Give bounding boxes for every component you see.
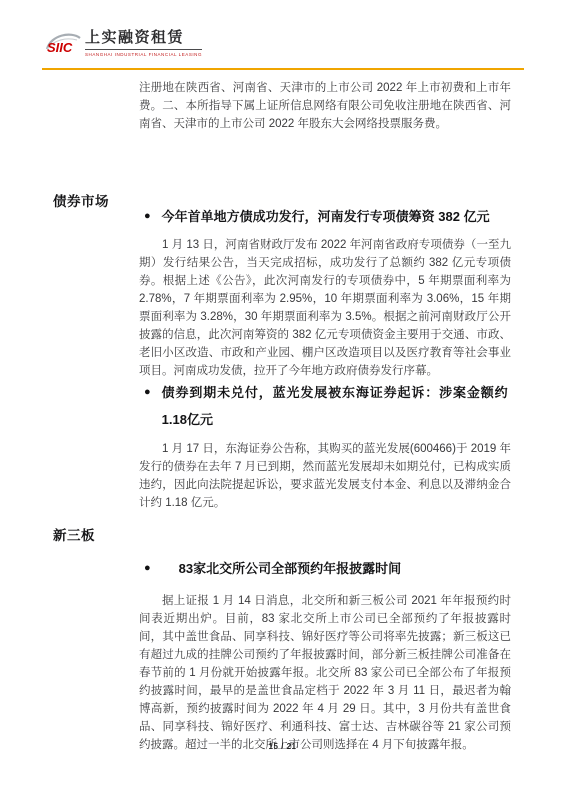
company-name-block: 上实融资租赁 SHANGHAI INDUSTRIAL FINANCIAL LEA… xyxy=(85,29,202,57)
siic-logo-text: SIIC xyxy=(47,40,73,55)
document-page: SIIC 上实融资租赁 SHANGHAI INDUSTRIAL FINANCIA… xyxy=(0,0,565,800)
company-name-zh: 上实融资租赁 xyxy=(85,29,202,50)
bullet-icon: ● xyxy=(144,203,151,230)
company-name-en: SHANGHAI INDUSTRIAL FINANCIAL LEASING xyxy=(85,52,202,57)
news-item-headline: ● 债券到期未兑付，蓝光发展被东海证券起诉：涉案金额约 1.18亿元 xyxy=(144,379,508,433)
page-number: 15 / 21 xyxy=(0,742,565,751)
news-item-body: 1 月 17 日，东海证券公告称，其购买的蓝光发展(600466)于 2019 … xyxy=(139,440,511,512)
section-heading-bond-market: 债券市场 xyxy=(53,190,109,210)
header-rule xyxy=(42,68,524,70)
intro-paragraph: 注册地在陕西省、河南省、天津市的上市公司 2022 年上市初费和上市年费。二、本… xyxy=(139,79,511,133)
headline-text: 83家北交所公司全部预约年报披露时间 xyxy=(179,555,525,582)
news-item-headline: ● 83家北交所公司全部预约年报披露时间 xyxy=(144,555,525,582)
news-item-headline: ● 今年首单地方债成功发行，河南发行专项债筹资 382 亿元 xyxy=(144,203,508,230)
section-heading-new-third-board: 新三板 xyxy=(53,524,95,544)
headline-text: 今年首单地方债成功发行，河南发行专项债筹资 382 亿元 xyxy=(162,203,508,230)
bullet-icon: ● xyxy=(144,379,151,406)
headline-text: 债券到期未兑付，蓝光发展被东海证券起诉：涉案金额约 1.18亿元 xyxy=(162,379,508,433)
bullet-icon: ● xyxy=(144,555,151,582)
siic-logo-icon: SIIC xyxy=(44,29,82,57)
company-logo: SIIC 上实融资租赁 SHANGHAI INDUSTRIAL FINANCIA… xyxy=(44,29,202,57)
news-item-body: 1 月 13 日，河南省财政厅发布 2022 年河南省政府专项债券（一至九期）发… xyxy=(139,236,511,380)
news-item-body: 据上证报 1 月 14 日消息，北交所和新三板公司 2021 年年报预约时间表近… xyxy=(139,592,511,754)
